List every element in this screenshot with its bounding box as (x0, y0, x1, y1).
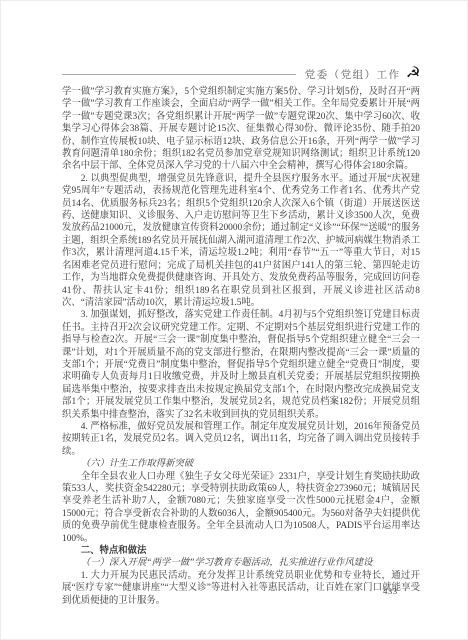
running-head-title: 党委（党组）工作 (305, 67, 401, 82)
section-subheading: （六）计生工作取得新突破 (62, 458, 420, 470)
paragraph: 1. 大力开展为民惠民活动。充分发挥卫计系统党员职业优势和专业特长，通过开展“医… (62, 570, 420, 607)
paragraph: 4. 严格标准，做好党员发展和管理工作。制定年度发展党员计划，2016年预备党员… (62, 421, 420, 458)
section-subheading: （一）深入开展“两学一做”学习教育专题活动，扎实推进行业作风建设 (62, 557, 420, 569)
page-number: 433 (383, 586, 398, 596)
header-rule (62, 74, 296, 75)
section-heading: 二、特点和做法 (62, 545, 420, 557)
paragraph: 2. 以典型促典型，增强党员先锋意识，提升全县医疗服务水平。通过开展“庆祝建党9… (62, 173, 420, 309)
document-page: 党委（党组）工作 ☭ 学一做”学习教育实施方案》，5个党组织制定实施方案5份、学… (0, 0, 468, 640)
paragraph: 全年全县农业人口办理《独生子女父母光荣证》2331户，享受计划生育奖励扶助政策5… (62, 471, 420, 545)
party-emblem-icon: ☭ (405, 65, 421, 83)
paragraph: 3. 加强谋划，抓好整改，落实党建工作责任制。4月初与5个党组织签订党建目标责任… (62, 309, 420, 421)
page-body: 学一做”学习教育实施方案》，5个党组织制定实施方案5份、学习计划5份，及时召开“… (62, 86, 420, 607)
page-header: 党委（党组）工作 ☭ (62, 65, 420, 83)
paragraph-continuation: 学一做”学习教育实施方案》，5个党组织制定实施方案5份、学习计划5份，及时召开“… (62, 86, 420, 173)
